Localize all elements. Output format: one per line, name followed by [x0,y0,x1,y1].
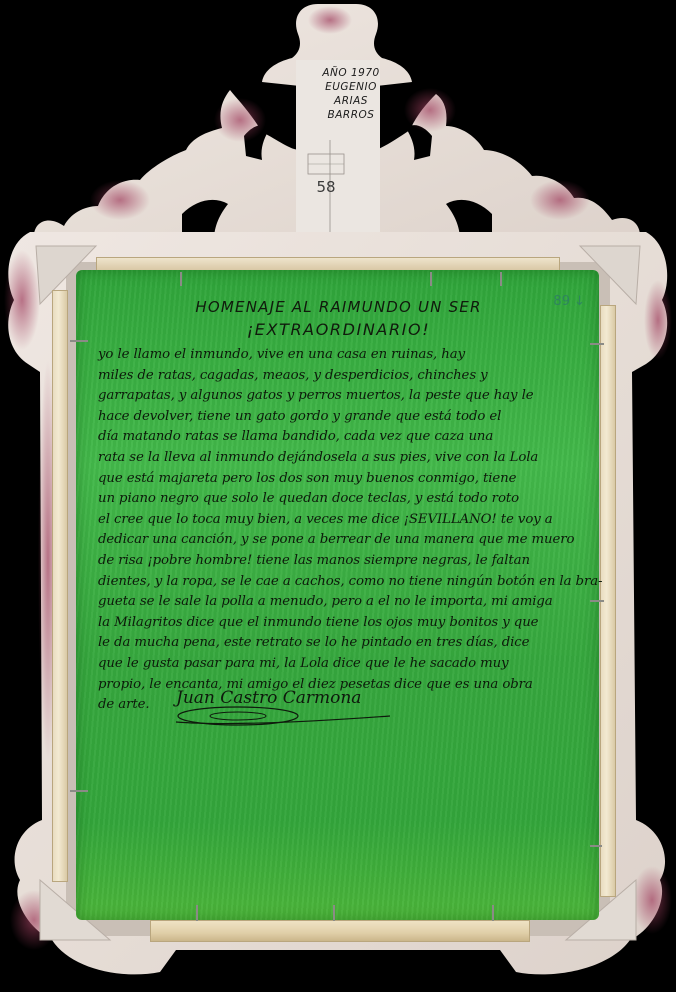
text-line: día matando ratas se llama bandido, cada… [98,427,579,448]
text-line: rata se la lleva al inmundo dejándosela … [98,448,579,469]
staple [500,272,502,286]
crest-inscription: AÑO 1970 EUGENIO ARIAS BARROS [296,66,406,122]
text-line: hace devolver, tiene un gato gordo y gra… [98,407,579,428]
text-line: que le gusta pasar para mi, la Lola dice… [98,654,579,675]
text-line: yo le llamo el inmundo, vive en una casa… [98,345,579,366]
panel-title: HOMENAJE AL RAIMUNDO UN SER [98,298,579,316]
staple [180,272,182,286]
handwritten-text: yo le llamo el inmundo, vive en una casa… [98,345,579,716]
staple [333,905,335,921]
staple [590,845,602,847]
staple [196,905,198,921]
text-line: el cree que lo toca muy bien, a veces me… [98,510,579,531]
staple [590,600,604,602]
text-line: la Milagritos dice que el inmundo tiene … [98,613,579,634]
text-line: gueta se le sale la polla a menudo, pero… [98,592,579,613]
wood-strip-left [52,290,68,882]
crest-number: 58 [309,178,343,196]
wood-strip-bottom [150,920,530,942]
text-line: de risa ¡pobre hombre! tiene las manos s… [98,551,579,572]
staple [70,340,88,342]
inscription-line: ARIAS [296,94,406,108]
staple [70,790,88,792]
text-line: un piano negro que solo le quedan doce t… [98,489,579,510]
text-line: dientes, y la ropa, se le cae a cachos, … [98,572,579,593]
staple [492,905,494,921]
green-panel: 89 ↓ HOMENAJE AL RAIMUNDO UN SER ¡EXTRAO… [76,270,599,920]
text-line: le da mucha pena, este retrato se lo he … [98,633,579,654]
text-line: dedicar una canción, y se pone a berrear… [98,530,579,551]
staple [590,343,604,345]
wood-strip-top [96,257,560,271]
text-line: que está majareta pero los dos son muy b… [98,469,579,490]
inscription-line: BARROS [296,108,406,122]
panel-title-exclaim: ¡EXTRAORDINARIO! [98,320,579,339]
staple [430,272,432,286]
inscription-year: AÑO 1970 [296,66,406,80]
signature-flourish-icon [168,702,398,732]
text-line: garrapatas, y algunos gatos y perros mue… [98,386,579,407]
inscription-line: EUGENIO [296,80,406,94]
text-line: miles de ratas, cagadas, meaos, y desper… [98,366,579,387]
photo-scene: AÑO 1970 EUGENIO ARIAS BARROS 58 89 ↓ HO… [0,0,676,992]
